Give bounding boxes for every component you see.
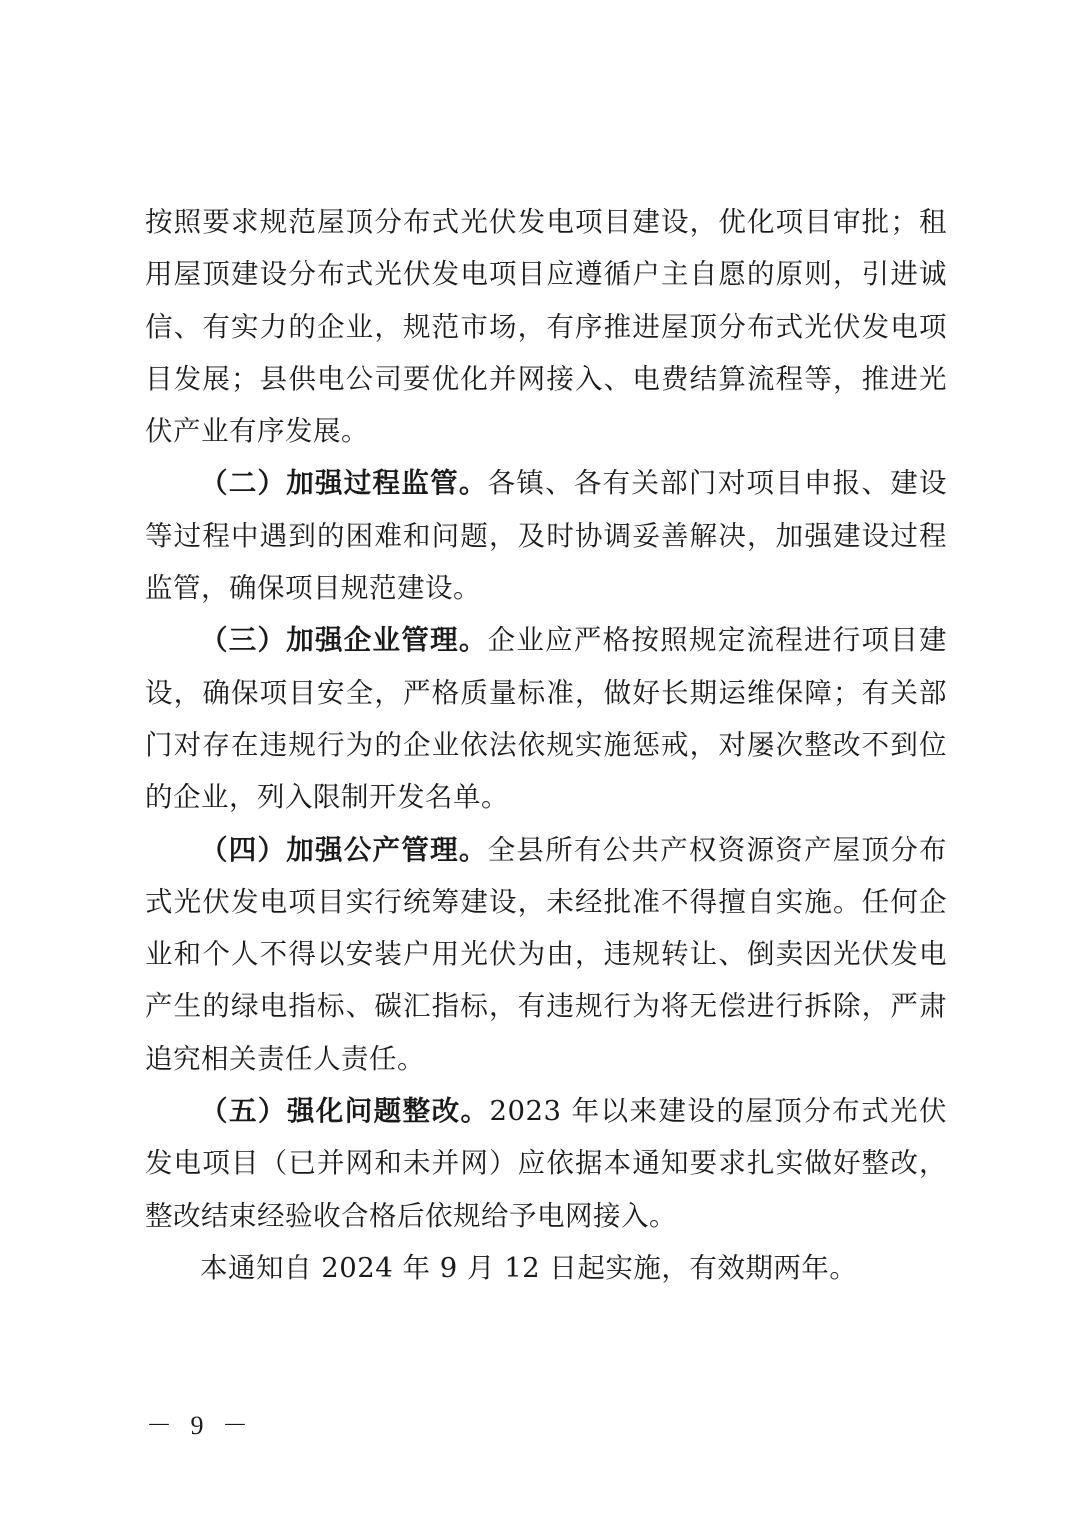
paragraph-public-property-management: （四）加强公产管理。全县所有公共产权资源资产屋顶分布式光伏发电项目实行统筹建设，… <box>145 824 947 1085</box>
paragraph-effective-date: 本通知自 2024 年 9 月 12 日起实施，有效期两年。 <box>145 1242 947 1294</box>
section-heading: （二）加强过程监管。 <box>200 467 488 499</box>
paragraph-rectification: （五）强化问题整改。2023 年以来建设的屋顶分布式光伏发电项目（已并网和未并网… <box>145 1085 947 1242</box>
paragraph-enterprise-management: （三）加强企业管理。企业应严格按照规定流程进行项目建设，确保项目安全，严格质量标… <box>145 614 947 823</box>
paragraph-text: 按照要求规范屋顶分布式光伏发电项目建设，优化项目审批；租用屋顶建设分布式光伏发电… <box>145 206 947 447</box>
section-heading: （三）加强企业管理。 <box>200 624 488 656</box>
page-number: － 9 － <box>146 1405 254 1442</box>
document-body: 按照要求规范屋顶分布式光伏发电项目建设，优化项目审批；租用屋顶建设分布式光伏发电… <box>145 196 947 1294</box>
paragraph-text: 全县所有公共产权资源资产屋顶分布式光伏发电项目实行统筹建设，未经批准不得擅自实施… <box>145 834 947 1075</box>
section-heading: （四）加强公产管理。 <box>200 834 488 866</box>
paragraph-intro-continuation: 按照要求规范屋顶分布式光伏发电项目建设，优化项目审批；租用屋顶建设分布式光伏发电… <box>145 196 947 457</box>
paragraph-process-supervision: （二）加强过程监管。各镇、各有关部门对项目申报、建设等过程中遇到的困难和问题，及… <box>145 457 947 614</box>
section-heading: （五）强化问题整改。 <box>200 1095 489 1127</box>
paragraph-text: 本通知自 2024 年 9 月 12 日起实施，有效期两年。 <box>200 1252 857 1284</box>
